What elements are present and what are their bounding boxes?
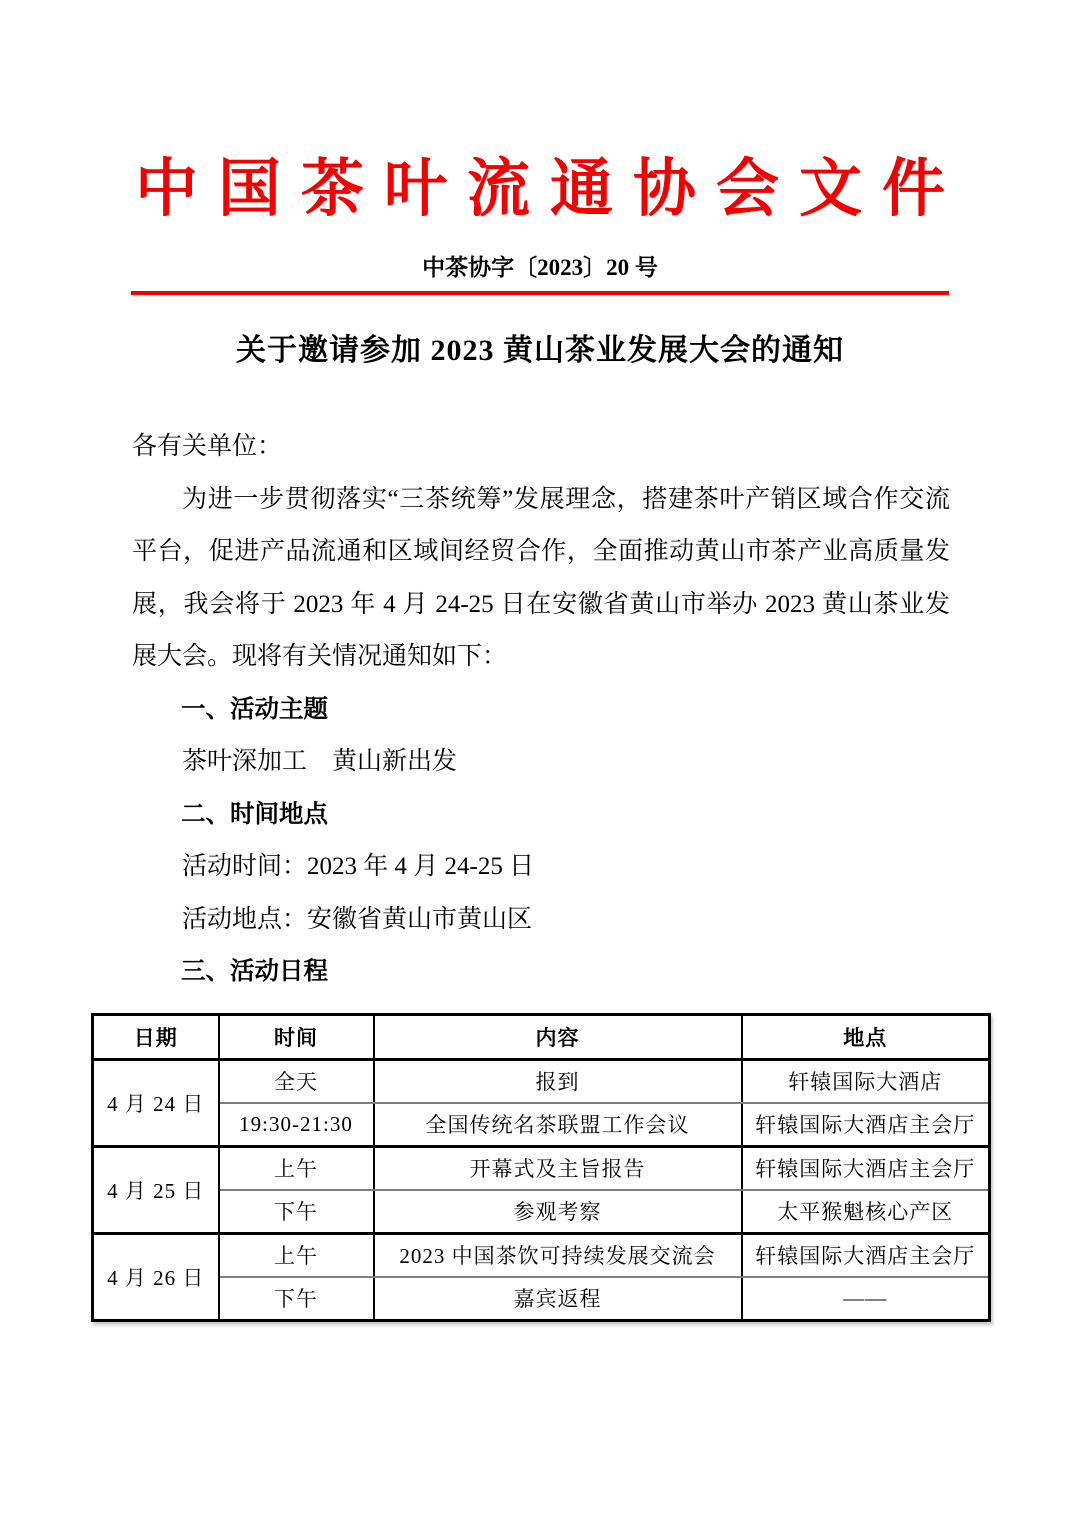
table-row: 19:30-21:30 全国传统名茶联盟工作会议 轩辕国际大酒店主会厅 <box>93 1103 990 1147</box>
header-cell-date: 日期 <box>93 1014 219 1059</box>
cell-time: 上午 <box>219 1233 374 1277</box>
table-row: 4 月 26 日 上午 2023 中国茶饮可持续发展交流会 轩辕国际大酒店主会厅 <box>93 1233 990 1277</box>
org-header-title: 中国茶叶流通协会文件 <box>0 148 1080 230</box>
cell-content: 全国传统名茶联盟工作会议 <box>374 1103 742 1147</box>
table-row: 4 月 25 日 上午 开幕式及主旨报告 轩辕国际大酒店主会厅 <box>93 1146 990 1190</box>
cell-date: 4 月 25 日 <box>93 1146 219 1233</box>
section-2-heading: 二、时间地点 <box>132 789 950 842</box>
cell-content: 2023 中国茶饮可持续发展交流会 <box>374 1233 742 1277</box>
schedule-table: 日期 时间 内容 地点 4 月 24 日 全天 报到 轩辕国际大酒店 19:30… <box>91 1013 991 1322</box>
cell-time: 19:30-21:30 <box>219 1103 374 1147</box>
cell-content: 报到 <box>374 1059 742 1103</box>
section-1-item-theme: 茶叶深加工 黄山新出发 <box>132 736 950 789</box>
cell-time: 下午 <box>219 1277 374 1321</box>
intro-paragraph: 为进一步贯彻落实“三茶统筹”发展理念，搭建茶叶产销区域合作交流平台，促进产品流通… <box>132 474 950 684</box>
header-cell-content: 内容 <box>374 1014 742 1059</box>
doc-number: 中茶协字〔2023〕20 号 <box>0 254 1080 282</box>
table-row: 下午 参观考察 太平猴魁核心产区 <box>93 1190 990 1234</box>
cell-location: 轩辕国际大酒店主会厅 <box>742 1233 990 1277</box>
cell-date: 4 月 24 日 <box>93 1059 219 1146</box>
header-cell-location: 地点 <box>742 1014 990 1059</box>
cell-time: 全天 <box>219 1059 374 1103</box>
section-3-heading: 三、活动日程 <box>132 946 950 999</box>
red-divider <box>131 291 949 295</box>
section-1-heading: 一、活动主题 <box>132 684 950 737</box>
cell-location: 太平猴魁核心产区 <box>742 1190 990 1234</box>
table-row: 下午 嘉宾返程 —— <box>93 1277 990 1321</box>
cell-location: 轩辕国际大酒店主会厅 <box>742 1146 990 1190</box>
cell-content: 参观考察 <box>374 1190 742 1234</box>
cell-time: 下午 <box>219 1190 374 1234</box>
salutation: 各有关单位： <box>132 421 950 474</box>
table-header-row: 日期 时间 内容 地点 <box>93 1014 990 1059</box>
cell-time: 上午 <box>219 1146 374 1190</box>
document-page: 中国茶叶流通协会文件 中茶协字〔2023〕20 号 关于邀请参加 2023 黄山… <box>0 0 1080 1527</box>
cell-location: 轩辕国际大酒店主会厅 <box>742 1103 990 1147</box>
cell-content: 嘉宾返程 <box>374 1277 742 1321</box>
header-cell-time: 时间 <box>219 1014 374 1059</box>
cell-location: 轩辕国际大酒店 <box>742 1059 990 1103</box>
section-2-item-location: 活动地点：安徽省黄山市黄山区 <box>132 894 950 947</box>
notice-body: 各有关单位： 为进一步贯彻落实“三茶统筹”发展理念，搭建茶叶产销区域合作交流平台… <box>132 421 950 999</box>
notice-title: 关于邀请参加 2023 黄山茶业发展大会的通知 <box>0 333 1080 369</box>
cell-date: 4 月 26 日 <box>93 1233 219 1320</box>
cell-location: —— <box>742 1277 990 1321</box>
table-row: 4 月 24 日 全天 报到 轩辕国际大酒店 <box>93 1059 990 1103</box>
section-2-item-time: 活动时间：2023 年 4 月 24-25 日 <box>132 841 950 894</box>
cell-content: 开幕式及主旨报告 <box>374 1146 742 1190</box>
